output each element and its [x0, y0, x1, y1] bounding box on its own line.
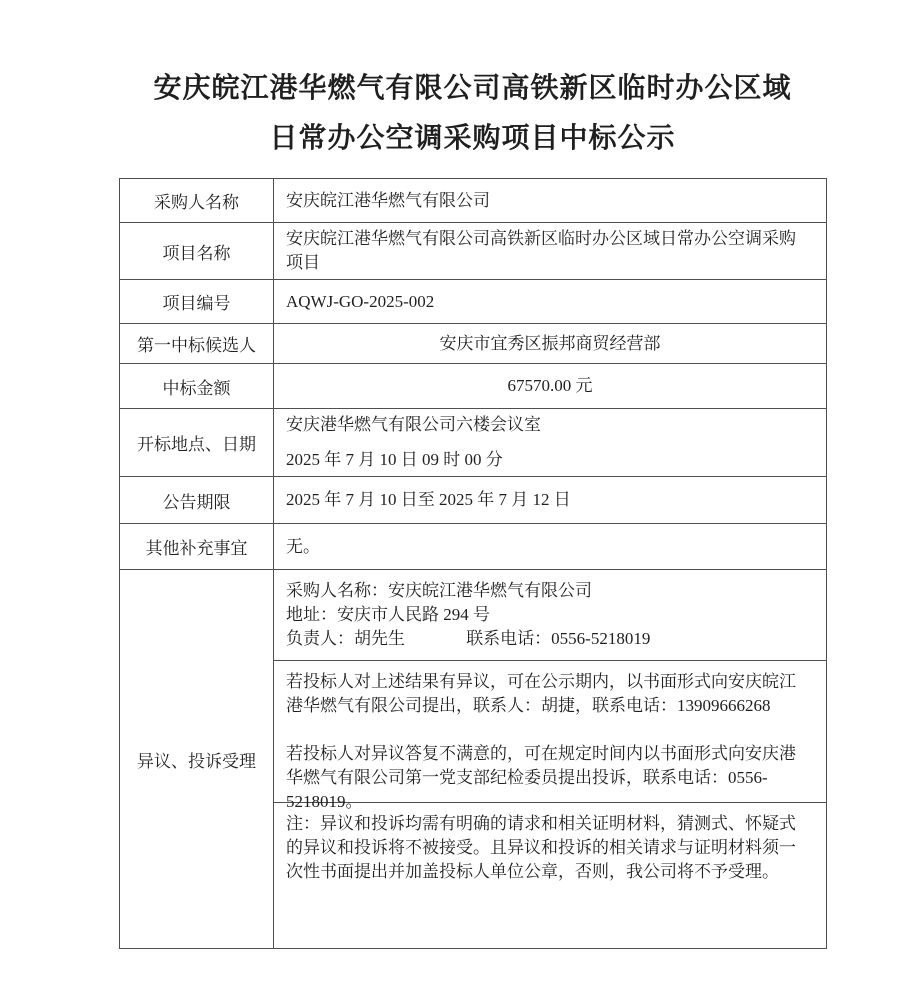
bid-opening-label: 开标地点、日期 [120, 409, 274, 477]
row-award-amount: 中标金额 67570.00 元 [120, 364, 827, 409]
project-no-label: 项目编号 [120, 280, 274, 324]
row-other: 其他补充事宜 无。 [120, 524, 827, 570]
first-candidate-value: 安庆市宜秀区振邦商贸经营部 [274, 324, 827, 364]
project-name-label: 项目名称 [120, 223, 274, 280]
purchaser-label: 采购人名称 [120, 179, 274, 223]
award-amount-label: 中标金额 [120, 364, 274, 409]
objection-procedure-cell: 若投标人对上述结果有异议，可在公示期内，以书面形式向安庆皖江港华燃气有限公司提出… [274, 661, 826, 803]
objection-contact-principal: 负责人：胡先生 [286, 629, 405, 648]
page-title-line1: 安庆皖江港华燃气有限公司高铁新区临时办公区域 [119, 64, 826, 114]
objection-contact-cell: 采购人名称：安庆皖江港华燃气有限公司 地址：安庆市人民路 294 号 负责人：胡… [274, 570, 826, 661]
project-name-value: 安庆皖江港华燃气有限公司高铁新区临时办公区域日常办公空调采购项目 [274, 223, 827, 280]
objection-note-cell: 注：异议和投诉均需有明确的请求和相关证明材料，猜测式、怀疑式的异议和投诉将不被接… [274, 803, 826, 948]
objection-contact-address: 地址：安庆市人民路 294 号 [286, 603, 806, 627]
row-project-name: 项目名称 安庆皖江港华燃气有限公司高铁新区临时办公区域日常办公空调采购项目 [120, 223, 827, 280]
announcement-table: 采购人名称 安庆皖江港华燃气有限公司 项目名称 安庆皖江港华燃气有限公司高铁新区… [119, 178, 827, 949]
objection-procedure-para1: 若投标人对上述结果有异议，可在公示期内，以书面形式向安庆皖江港华燃气有限公司提出… [286, 670, 806, 718]
row-first-candidate: 第一中标候选人 安庆市宜秀区振邦商贸经营部 [120, 324, 827, 364]
row-notice-period: 公告期限 2025 年 7 月 10 日至 2025 年 7 月 12 日 [120, 477, 827, 524]
objection-label: 异议、投诉受理 [120, 570, 274, 949]
objection-contact-purchaser: 采购人名称：安庆皖江港华燃气有限公司 [286, 579, 806, 603]
award-amount-value: 67570.00 元 [274, 364, 827, 409]
page-title: 安庆皖江港华燃气有限公司高铁新区临时办公区域 日常办公空调采购项目中标公示 [119, 64, 826, 164]
notice-period-label: 公告期限 [120, 477, 274, 524]
objection-contact-phone: 联系电话：0556-5218019 [466, 629, 650, 648]
project-no-value: AQWJ-GO-2025-002 [274, 280, 827, 324]
row-objection: 异议、投诉受理 采购人名称：安庆皖江港华燃气有限公司 地址：安庆市人民路 294… [120, 570, 827, 949]
document-page: 安庆皖江港华燃气有限公司高铁新区临时办公区域 日常办公空调采购项目中标公示 采购… [0, 0, 900, 995]
other-value: 无。 [274, 524, 827, 570]
bid-opening-datetime: 2025 年 7 月 10 日 09 时 00 分 [286, 448, 806, 472]
row-bid-opening: 开标地点、日期 安庆港华燃气有限公司六楼会议室 2025 年 7 月 10 日 … [120, 409, 827, 477]
notice-period-value: 2025 年 7 月 10 日至 2025 年 7 月 12 日 [274, 477, 827, 524]
objection-content: 采购人名称：安庆皖江港华燃气有限公司 地址：安庆市人民路 294 号 负责人：胡… [274, 570, 827, 949]
bid-opening-value: 安庆港华燃气有限公司六楼会议室 2025 年 7 月 10 日 09 时 00 … [274, 409, 827, 477]
page-title-line2: 日常办公空调采购项目中标公示 [119, 114, 826, 164]
row-purchaser: 采购人名称 安庆皖江港华燃气有限公司 [120, 179, 827, 223]
first-candidate-label: 第一中标候选人 [120, 324, 274, 364]
row-project-no: 项目编号 AQWJ-GO-2025-002 [120, 280, 827, 324]
objection-contact-line3: 负责人：胡先生联系电话：0556-5218019 [286, 627, 806, 651]
bid-opening-place: 安庆港华燃气有限公司六楼会议室 [286, 413, 806, 437]
other-label: 其他补充事宜 [120, 524, 274, 570]
purchaser-value: 安庆皖江港华燃气有限公司 [274, 179, 827, 223]
